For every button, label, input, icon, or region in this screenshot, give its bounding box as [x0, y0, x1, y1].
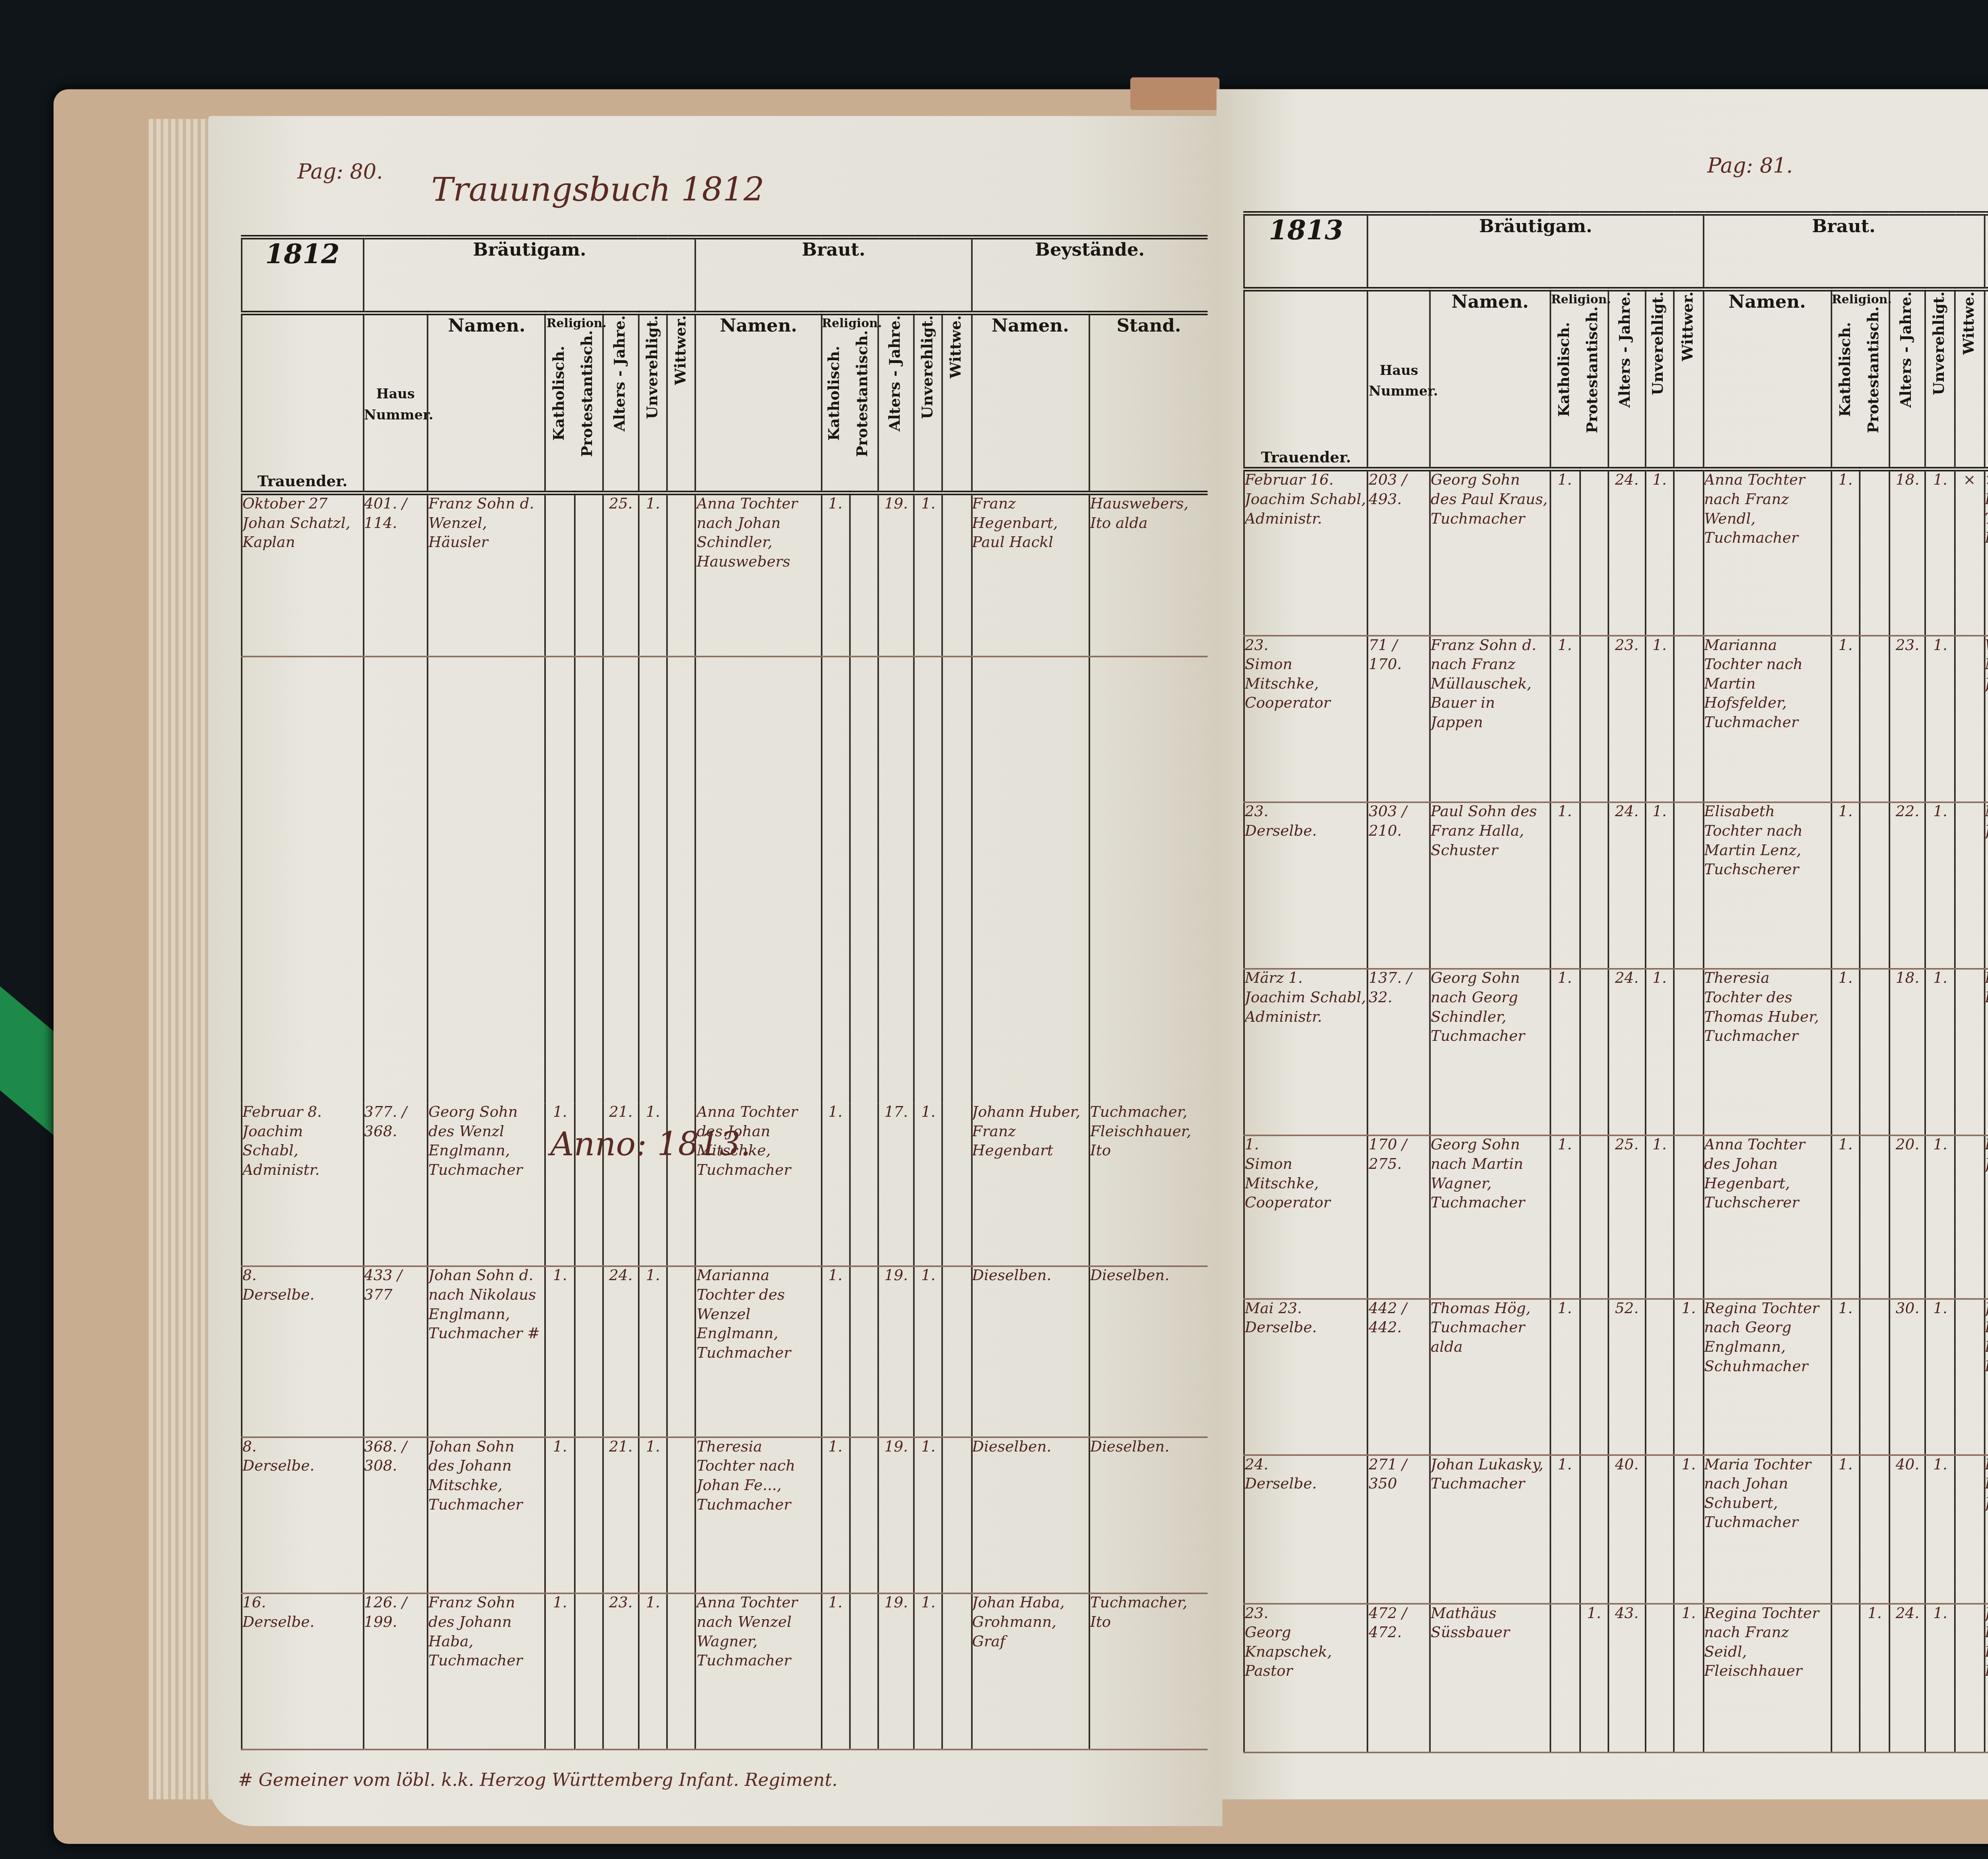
cell-trauender: 23.Derselbe.	[1244, 802, 1368, 969]
cell-b-witt	[943, 493, 971, 656]
cell-bride: Maria Tochter nach Johan Schubert, Tuchm…	[1703, 1455, 1831, 1604]
col-bride-unverehligt: Unverehligt.	[1932, 291, 1948, 395]
cell-g-witt	[667, 493, 696, 656]
bride-group-header: Braut.	[696, 237, 971, 313]
cell-b-witt	[1955, 802, 1984, 969]
cell-b-prot	[1860, 1455, 1889, 1604]
empty-cell	[878, 656, 914, 1102]
cell-b-witt	[943, 1266, 971, 1437]
col-groom-namen: Namen.	[1452, 291, 1529, 312]
cell-bride: Elisabeth Tochter nach Martin Lenz, Tuch…	[1703, 802, 1831, 969]
cell-b-unv: 1.	[1926, 802, 1955, 969]
col-bride-religion: Religion.	[822, 315, 878, 330]
empty-cell	[639, 656, 667, 1102]
cell-b-kath: 1.	[1831, 1135, 1860, 1299]
page-label: Pag: 81.	[1707, 155, 1793, 179]
cell-witness: Dieselben.	[971, 1437, 1089, 1593]
entry-officiant: Derselbe.	[1245, 1319, 1367, 1339]
register-entry: 16.Derselbe.126. / 199.Franz Sohn des Jo…	[242, 1593, 1208, 1750]
entry-date: 24.	[1245, 1456, 1367, 1475]
col-bride-alter: Alters - Jahre.	[1899, 291, 1916, 408]
cell-b-witt	[1955, 1455, 1984, 1604]
cell-g-prot	[574, 1593, 603, 1750]
cell-g-witt: 1.	[1674, 1299, 1703, 1455]
cell-b-kath: 1.	[821, 1266, 850, 1437]
cell-trauender: Februar 16.Joachim Schabl, Administr.	[1244, 469, 1368, 636]
empty-cell	[1089, 656, 1208, 1102]
cell-g-prot	[1579, 469, 1608, 636]
cell-groom: Georg Sohn des Wenzl Englmann, Tuchmache…	[428, 1103, 546, 1266]
cell-trauender: 16.Derselbe.	[242, 1593, 363, 1750]
cell-b-prot	[1860, 1135, 1889, 1299]
register-entry: Oktober 27Johan Schatzl, Kaplan401. / 11…	[242, 493, 1208, 656]
col-groom-religion: Religion.	[546, 315, 602, 330]
cell-g-age: 23.	[603, 1593, 639, 1750]
cell-g-witt	[1674, 1135, 1703, 1299]
right-page: Pag: 81. 1813 Bräutigam. Braut. Beyständ…	[1217, 89, 1988, 1799]
cell-g-witt: 1.	[1674, 1455, 1703, 1604]
cell-g-unv: 1.	[1645, 1135, 1674, 1299]
cell-b-age: 24.	[1889, 1604, 1926, 1752]
cell-b-age: 23.	[1889, 636, 1926, 802]
cell-g-kath: 1.	[1550, 1135, 1579, 1299]
register-entry: März 1.Joachim Schabl, Administr.137. / …	[1244, 969, 1988, 1135]
cell-witness: Franz Lenz, Johan Hackl	[1984, 1135, 1988, 1299]
cell-g-prot: 1.	[1579, 1604, 1608, 1752]
cell-g-prot	[1579, 1135, 1608, 1299]
cell-g-age: 43.	[1609, 1604, 1645, 1752]
cell-groom: Georg Sohn nach Georg Schindler, Tuchmac…	[1430, 969, 1550, 1135]
cell-b-unv: 1.	[914, 493, 943, 656]
col-groom-unverehligt: Unverehligt.	[645, 315, 661, 419]
cell-b-age: 19.	[878, 1266, 914, 1437]
cell-bride: Anna Tochter nach Wenzel Wagner, Tuchmac…	[696, 1593, 821, 1750]
entry-date: 16.	[243, 1594, 363, 1614]
cell-witness: Franz Lenz, Paul Englmann	[1984, 969, 1988, 1135]
cell-witness: Johan Anton Franz Hegenbart, Kaufmann	[1984, 1604, 1988, 1752]
cell-g-age: 23.	[1609, 636, 1645, 802]
cell-g-unv: 1.	[1645, 969, 1674, 1135]
empty-cell	[603, 656, 639, 1102]
cell-witness: Dieselben.	[971, 1266, 1089, 1437]
cell-witness: Johan Englmann, Franz Hegenbart	[1984, 1299, 1988, 1455]
cell-groom: Paul Sohn des Franz Halla, Schuster	[1430, 802, 1550, 969]
cell-b-prot	[850, 1103, 878, 1266]
cell-b-witt	[943, 1103, 971, 1266]
cell-b-kath: 1.	[1831, 802, 1860, 969]
cell-b-unv: 1.	[1926, 1299, 1955, 1455]
cell-witness: Johan Haba, Grohmann, Graf	[971, 1593, 1089, 1750]
cell-trauender: 8.Derselbe.	[242, 1266, 363, 1437]
cell-groom: Franz Sohn d. Wenzel, Häusler	[428, 493, 546, 656]
entry-officiant: Derselbe.	[243, 1613, 363, 1633]
footnote: # Gemeiner vom löbl. k.k. Herzog Württem…	[238, 1770, 837, 1790]
witnesses-group-header: Beystände.	[1984, 213, 1988, 289]
col-bride-namen: Namen.	[1728, 291, 1806, 312]
cell-g-age: 24.	[1609, 802, 1645, 969]
cell-b-kath: 1.	[821, 1437, 850, 1593]
cell-haus: 71 / 170.	[1368, 636, 1430, 802]
empty-cell	[428, 656, 546, 1102]
cell-b-prot	[850, 1437, 878, 1593]
col-bride-protestantisch: Protestantisch.	[1866, 307, 1883, 433]
cell-g-age: 24.	[603, 1266, 639, 1437]
cell-b-unv: 1.	[1926, 1604, 1955, 1752]
cell-haus: 472 / 472.	[1368, 1604, 1430, 1752]
cell-g-age: 25.	[1609, 1135, 1645, 1299]
witnesses-group-header: Beystände.	[971, 237, 1208, 313]
cell-b-prot	[1860, 469, 1889, 636]
cell-haus: 137. / 32.	[1368, 969, 1430, 1135]
cell-g-prot	[1579, 969, 1608, 1135]
cell-bride: Regina Tochter nach Franz Seidl, Fleisch…	[1703, 1604, 1831, 1752]
entry-date: 23.	[1245, 1605, 1367, 1624]
entry-date: Februar 16.	[1245, 472, 1367, 491]
cell-bride: Marianna Tochter nach Martin Hofsfelder,…	[1703, 636, 1831, 802]
cell-g-unv	[1645, 1299, 1674, 1455]
cell-groom: Thomas Hög, Tuchmacher alda	[1430, 1299, 1550, 1455]
cell-b-age: 40.	[1889, 1455, 1926, 1604]
cell-b-age: 30.	[1889, 1299, 1926, 1455]
register-table-left: 1812 Bräutigam. Braut. Beystände. Trauen…	[241, 235, 1208, 1750]
cell-b-unv: 1.	[914, 1593, 943, 1750]
cell-trauender: Mai 23.Derselbe.	[1244, 1299, 1368, 1455]
register-entry: Mai 23.Derselbe.442 / 442.Thomas Hög, Tu…	[1244, 1299, 1988, 1455]
empty-cell	[696, 656, 821, 1102]
cell-g-unv	[1645, 1455, 1674, 1604]
cell-b-unv: 1.	[1926, 1135, 1955, 1299]
cell-haus: 377. / 368.	[363, 1103, 428, 1266]
cell-haus: 442 / 442.	[1368, 1299, 1430, 1455]
cell-g-unv: 1.	[1645, 636, 1674, 802]
cell-g-unv	[1645, 1604, 1674, 1752]
groom-group-header: Bräutigam.	[363, 237, 696, 313]
col-groom-protestantisch: Protestantisch.	[1586, 307, 1602, 433]
cell-bride: Theresia Tochter des Thomas Huber, Tuchm…	[1703, 969, 1831, 1135]
cell-groom: Johan Sohn des Johann Mitschke, Tuchmach…	[428, 1437, 546, 1593]
cell-b-age: 19.	[878, 1437, 914, 1593]
cell-groom: Franz Sohn d. nach Franz Müllauschek, Ba…	[1430, 636, 1550, 802]
entry-date: 1.	[1245, 1136, 1367, 1156]
cell-b-witt	[1955, 1299, 1984, 1455]
cell-g-kath: 1.	[1550, 969, 1579, 1135]
col-bride-protestantisch: Protestantisch.	[856, 330, 872, 457]
cell-b-kath: 1.	[1831, 469, 1860, 636]
cell-b-kath: 1.	[1831, 1299, 1860, 1455]
cell-g-witt	[1674, 969, 1703, 1135]
col-bride-wittwe: Wittwe.	[949, 315, 965, 378]
register-entry: 8.Derselbe.433 / 377Johan Sohn d. nach N…	[242, 1266, 1208, 1437]
cell-b-prot	[1860, 1299, 1889, 1455]
cell-trauender: März 1.Joachim Schabl, Administr.	[1244, 969, 1368, 1135]
register-entry: Februar 16.Joachim Schabl, Administr.203…	[1244, 469, 1988, 636]
cell-groom: Johan Sohn d. nach Nikolaus Englmann, Tu…	[428, 1266, 546, 1437]
entry-date: März 1.	[1245, 970, 1367, 989]
empty-cell	[242, 656, 363, 1102]
cell-haus: 126. / 199.	[363, 1593, 428, 1750]
entry-officiant: Johan Schatzl, Kaplan	[243, 514, 363, 553]
anno-heading: Anno: 1813.	[550, 1127, 751, 1164]
cell-b-witt: ×	[1955, 469, 1984, 636]
cell-bride: Theresia Tochter nach Johan Fe..., Tuchm…	[696, 1437, 821, 1593]
cell-g-prot	[574, 1437, 603, 1593]
cell-g-age: 24.	[1609, 969, 1645, 1135]
groom-group-header: Bräutigam.	[1368, 213, 1704, 289]
cell-g-age: 40.	[1609, 1455, 1645, 1604]
cell-b-unv: 1.	[914, 1266, 943, 1437]
cell-b-unv: 1.	[1926, 969, 1955, 1135]
cell-g-age: 52.	[1609, 1299, 1645, 1455]
bride-group-header: Braut.	[1703, 213, 1984, 289]
cell-groom: Franz Sohn des Johann Haba, Tuchmacher	[428, 1593, 546, 1750]
cell-g-kath: 1.	[1550, 469, 1579, 636]
col-witness-stand: Stand.	[1116, 315, 1181, 336]
cell-b-age: 19.	[878, 1593, 914, 1750]
entry-date: 23.	[1245, 803, 1367, 823]
col-groom-religion: Religion.	[1551, 291, 1608, 306]
entry-date: Oktober 27	[243, 495, 363, 515]
col-bride-alter: Alters - Jahre.	[888, 315, 904, 431]
entry-officiant: Joachim Schabl, Administr.	[1245, 491, 1367, 529]
cell-g-prot	[1579, 802, 1608, 969]
cell-stand: Dieselben.	[1089, 1266, 1208, 1437]
cell-b-kath: 1.	[1831, 636, 1860, 802]
col-haus-nummer: Haus Nummer.	[364, 388, 433, 424]
entry-date: 8.	[243, 1438, 363, 1457]
cell-g-witt	[1674, 636, 1703, 802]
col-groom-namen: Namen.	[448, 315, 525, 336]
cell-haus: 303 / 210.	[1368, 802, 1430, 969]
cell-groom: Georg Sohn nach Martin Wagner, Tuchmache…	[1430, 1135, 1550, 1299]
col-trauender: Trauender.	[1261, 450, 1351, 467]
cell-b-prot	[850, 1593, 878, 1750]
empty-cell	[914, 656, 943, 1102]
cell-b-age: 22.	[1889, 802, 1926, 969]
cell-g-witt: 1.	[1674, 1604, 1703, 1752]
col-bride-wittwe: Wittwe.	[1961, 291, 1978, 355]
cell-g-prot	[574, 493, 603, 656]
page-label: Pag: 80.	[297, 161, 383, 184]
cell-b-age: 18.	[1889, 969, 1926, 1135]
cell-b-witt	[1955, 1604, 1984, 1752]
cell-haus: 368. / 308.	[363, 1437, 428, 1593]
cell-g-prot	[1579, 1299, 1608, 1455]
entry-officiant: Simon Mitschke, Cooperator	[1245, 656, 1367, 714]
cell-g-unv: 1.	[639, 493, 667, 656]
cell-b-witt	[1955, 636, 1984, 802]
empty-cell	[363, 656, 428, 1102]
entry-date: Mai 23.	[1245, 1300, 1367, 1319]
cell-b-prot	[1860, 636, 1889, 802]
cell-g-kath: 1.	[1550, 802, 1579, 969]
col-groom-unverehligt: Unverehligt.	[1651, 291, 1668, 395]
cell-b-prot: 1.	[1860, 1604, 1889, 1752]
col-groom-katholisch: Katholisch.	[1557, 307, 1573, 433]
cell-b-age: 20.	[1889, 1135, 1926, 1299]
col-groom-protestantisch: Protestantisch.	[580, 330, 596, 457]
cell-haus: 433 / 377	[363, 1266, 428, 1437]
spine-tab	[1130, 78, 1219, 110]
entry-officiant: Derselbe.	[243, 1286, 363, 1306]
col-groom-wittwer: Wittwer.	[674, 315, 690, 385]
col-groom-wittwer: Wittwer.	[1681, 291, 1697, 361]
entry-officiant: Joachim Schabl, Administr.	[1245, 989, 1367, 1027]
cell-groom: Georg Sohn des Paul Kraus, Tuchmacher	[1430, 469, 1550, 636]
cell-g-kath: 1.	[546, 1266, 575, 1437]
cell-bride: Anna Tochter nach Franz Wendl, Tuchmache…	[1703, 469, 1831, 636]
cell-g-kath: 1.	[546, 1437, 575, 1593]
cell-g-kath: 1.	[546, 1593, 575, 1750]
cell-trauender: 23.Georg Knapschek, Pastor	[1244, 1604, 1368, 1752]
cell-stand: Tuchmacher, Fleischhauer, Ito	[1089, 1103, 1208, 1266]
entry-officiant: Georg Knapschek, Pastor	[1245, 1624, 1367, 1682]
register-entry: 23.Simon Mitschke, Cooperator71 / 170.Fr…	[1244, 636, 1988, 802]
cell-trauender: 1.Simon Mitschke, Cooperator	[1244, 1135, 1368, 1299]
cell-b-unv: 1.	[914, 1437, 943, 1593]
register-entry: 1.Simon Mitschke, Cooperator170 / 275.Ge…	[1244, 1135, 1988, 1299]
cell-g-witt	[1674, 802, 1703, 969]
col-bride-religion: Religion.	[1832, 291, 1889, 306]
cell-bride: Anna Tochter nach Johan Schindler, Hausw…	[696, 493, 821, 656]
register-title: Trauungsbuch 1812	[431, 173, 765, 210]
cell-g-kath: 1.	[1550, 1455, 1579, 1604]
entry-date: 8.	[243, 1267, 363, 1287]
cell-g-unv: 1.	[639, 1266, 667, 1437]
cell-g-kath: 1.	[1550, 1299, 1579, 1455]
cell-g-age: 25.	[603, 493, 639, 656]
cell-bride: Regina Tochter nach Georg Englmann, Schu…	[1703, 1299, 1831, 1455]
entry-date: 23.	[1245, 636, 1367, 656]
empty-cell	[943, 656, 971, 1102]
cell-b-witt	[943, 1593, 971, 1750]
cell-b-unv: 1.	[914, 1103, 943, 1266]
register-entry: 23.Georg Knapschek, Pastor472 / 472.Math…	[1244, 1604, 1988, 1752]
col-trauender: Trauender.	[257, 474, 348, 491]
cell-g-witt	[1674, 469, 1703, 636]
cell-g-prot	[1579, 1455, 1608, 1604]
cell-trauender: 23.Simon Mitschke, Cooperator	[1244, 636, 1368, 802]
cell-g-prot	[1579, 636, 1608, 802]
cell-b-kath: 1.	[821, 493, 850, 656]
cell-bride: Anna Tochter des Johan Hegenbart, Tuchsc…	[1703, 1135, 1831, 1299]
cell-g-witt	[667, 1266, 696, 1437]
cell-b-prot	[850, 1266, 878, 1437]
cell-b-prot	[1860, 969, 1889, 1135]
col-groom-alter: Alters - Jahre.	[613, 315, 629, 431]
cell-b-age: 19.	[878, 493, 914, 656]
col-witness-namen: Namen.	[992, 315, 1069, 336]
register-table-right: 1813 Bräutigam. Braut. Beystände. Trauen…	[1243, 211, 1988, 1753]
cell-trauender: Februar 8.Joachim Schabl, Administr.	[242, 1103, 363, 1266]
cell-b-kath: 1.	[821, 1103, 850, 1266]
cell-g-unv: 1.	[639, 1437, 667, 1593]
register-entry: 24.Derselbe.271 / 350Johan Lukasky, Tuch…	[1244, 1455, 1988, 1604]
cell-stand: Tuchmacher, Ito	[1089, 1593, 1208, 1750]
blank-ruled-space	[242, 656, 1208, 1102]
empty-cell	[850, 656, 878, 1102]
cell-b-witt	[1955, 969, 1984, 1135]
left-page: Pag: 80. Trauungsbuch 1812 1812 Bräutiga…	[208, 116, 1223, 1826]
cell-g-witt	[667, 1593, 696, 1750]
cell-haus: 401. / 114.	[363, 493, 428, 656]
cell-g-age: 24.	[1609, 469, 1645, 636]
empty-cell	[546, 656, 575, 1102]
cell-groom: Johan Lukasky, Tuchmacher	[1430, 1455, 1550, 1604]
col-bride-katholisch: Katholisch.	[1838, 307, 1854, 433]
empty-cell	[574, 656, 603, 1102]
col-bride-namen: Namen.	[720, 315, 797, 336]
cell-trauender: 24.Derselbe.	[1244, 1455, 1368, 1604]
cell-g-age: 21.	[603, 1437, 639, 1593]
entry-officiant: Derselbe.	[1245, 1475, 1367, 1494]
cell-b-age: 18.	[1889, 469, 1926, 636]
register-entry: 23.Derselbe.303 / 210.Paul Sohn des Fran…	[1244, 802, 1988, 969]
year-cell: 1812	[242, 237, 363, 313]
entry-officiant: Derselbe.	[1245, 822, 1367, 842]
cell-g-unv: 1.	[1645, 802, 1674, 969]
cell-bride: Marianna Tochter des Wenzel Englmann, Tu…	[696, 1266, 821, 1437]
cell-b-prot	[1860, 802, 1889, 969]
cell-g-kath: 1.	[1550, 636, 1579, 802]
col-bride-unverehligt: Unverehligt.	[920, 315, 936, 419]
col-groom-katholisch: Katholisch.	[552, 330, 569, 457]
cell-witness: Johann Huber, Franz Hegenbart	[971, 1103, 1089, 1266]
cell-g-prot	[574, 1266, 603, 1437]
cell-b-witt	[1955, 1135, 1984, 1299]
cell-witness: Wenzel Müllauschek, Johan Gschill	[1984, 636, 1988, 802]
empty-cell	[667, 656, 696, 1102]
entry-date: Februar 8.	[243, 1103, 363, 1122]
empty-cell	[971, 656, 1089, 1102]
col-groom-alter: Alters - Jahre.	[1619, 291, 1635, 408]
cell-witness: Franz Hegenbart, Paul Hackl	[971, 493, 1089, 656]
cell-g-kath	[546, 493, 575, 656]
cell-witness: Franz Hegenbart, Joseph Heidl	[1984, 1455, 1988, 1604]
empty-cell	[821, 656, 850, 1102]
cell-stand: Dieselben.	[1089, 1437, 1208, 1593]
cell-b-unv: 1.	[1926, 469, 1955, 636]
cell-b-unv: 1.	[1926, 1455, 1955, 1604]
cell-b-kath: 1.	[821, 1593, 850, 1750]
cell-b-prot	[850, 493, 878, 656]
col-bride-katholisch: Katholisch.	[827, 330, 844, 457]
cell-b-witt	[943, 1437, 971, 1593]
entry-officiant: Joachim Schabl, Administr.	[243, 1122, 363, 1180]
cell-haus: 170 / 275.	[1368, 1135, 1430, 1299]
cell-trauender: Oktober 27Johan Schatzl, Kaplan	[242, 493, 363, 656]
cell-groom: Mathäus Süssbauer	[1430, 1604, 1550, 1752]
cell-haus: 271 / 350	[1368, 1455, 1430, 1604]
cell-b-kath: 1.	[1831, 1455, 1860, 1604]
cell-b-age: 17.	[878, 1103, 914, 1266]
cell-witness: × Johan Komykal, Thomas Hanzirek	[1984, 469, 1988, 636]
cell-b-kath	[1831, 1604, 1860, 1752]
scan-stage: Pag: 80. Trauungsbuch 1812 1812 Bräutiga…	[0, 0, 1988, 1859]
cell-b-kath: 1.	[1831, 969, 1860, 1135]
col-haus-nummer: Haus Nummer.	[1369, 364, 1438, 400]
cell-haus: 203 / 493.	[1368, 469, 1430, 636]
cell-trauender: 8.Derselbe.	[242, 1437, 363, 1593]
cell-witness: Martin Mischl, Johannes Sil	[1984, 802, 1988, 969]
entry-officiant: Simon Mitschke, Cooperator	[1245, 1155, 1367, 1213]
cell-g-unv: 1.	[639, 1593, 667, 1750]
year-cell: 1813	[1244, 213, 1368, 289]
cell-g-unv: 1.	[1645, 469, 1674, 636]
cell-b-unv: 1.	[1926, 636, 1955, 802]
cell-g-kath	[1550, 1604, 1579, 1752]
cell-stand: Hauswebers, Ito alda	[1089, 493, 1208, 656]
cell-g-witt	[667, 1437, 696, 1593]
